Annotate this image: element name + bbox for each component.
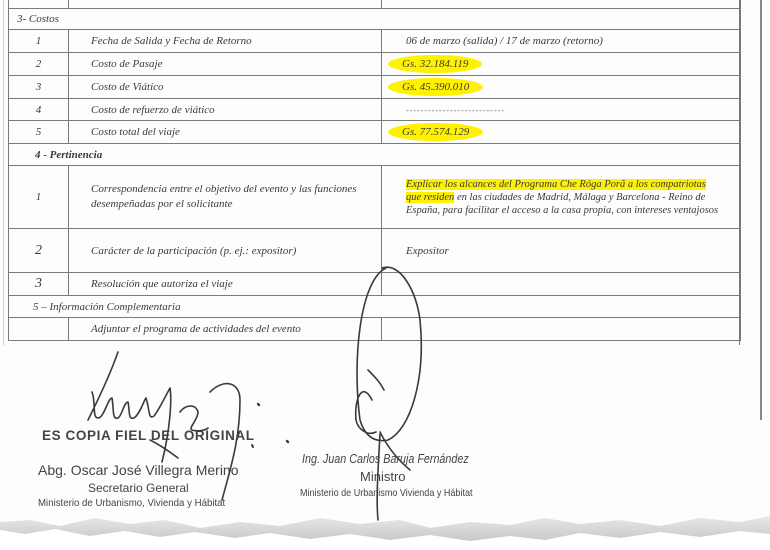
- row-value: [382, 273, 741, 296]
- table-row: 1 Correspondencia entre el objetivo del …: [9, 166, 741, 229]
- document-page: 3- Costos 1 Fecha de Salida y Fecha de R…: [0, 0, 770, 550]
- section-title: 5 – Información Complementaria: [9, 296, 741, 318]
- row-value: Expositor: [382, 229, 741, 273]
- highlighted-value: Gs. 45.390.010: [388, 78, 483, 96]
- row-label: Correspondencia entre el objetivo del ev…: [69, 166, 382, 229]
- row-number: 5: [9, 121, 69, 144]
- table-row: 2 Costo de Pasaje Gs. 32.184.119: [9, 53, 741, 76]
- row-value-cell: Gs. 45.390.010: [382, 76, 741, 99]
- row-label: Carácter de la participación (p. ej.: ex…: [69, 229, 382, 273]
- row-number: 1: [9, 30, 69, 53]
- row-number: 3: [9, 273, 69, 296]
- row-number: 1: [9, 166, 69, 229]
- table-row: 3 Resolución que autoriza el viaje: [9, 273, 741, 296]
- row-value-cell: Gs. 77.574.129: [382, 121, 741, 144]
- table-row: 1 Fecha de Salida y Fecha de Retorno 06 …: [9, 30, 741, 53]
- row-number: 2: [9, 53, 69, 76]
- page-edge-right: [760, 0, 762, 420]
- row-label: Costo de refuerzo de viático: [69, 99, 382, 121]
- row-value-cell: Gs. 32.184.119: [382, 53, 741, 76]
- section-header-pertinencia: 4 - Pertinencia: [9, 144, 741, 166]
- section-header-informacion: 5 – Información Complementaria: [9, 296, 741, 318]
- row-number: 2: [9, 229, 69, 273]
- table-row: Adjuntar el programa de actividades del …: [9, 318, 741, 341]
- row-label: Costo de Viático: [69, 76, 382, 99]
- table-row: 3 Costo de Viático Gs. 45.390.010: [9, 76, 741, 99]
- page-edge-left: [3, 0, 4, 345]
- row-label: Adjuntar el programa de actividades del …: [69, 318, 382, 341]
- torn-paper-edge: [0, 500, 770, 550]
- row-number: 3: [9, 76, 69, 99]
- row-label: Fecha de Salida y Fecha de Retorno: [69, 30, 382, 53]
- signatory-right-name: Ing. Juan Carlos Baruja Fernández: [302, 452, 469, 466]
- table-row: 2 Carácter de la participación (p. ej.: …: [9, 229, 741, 273]
- table-row: 5 Costo total del viaje Gs. 77.574.129: [9, 121, 741, 144]
- row-label: Costo de Pasaje: [69, 53, 382, 76]
- section-header-costos: 3- Costos: [9, 9, 741, 30]
- row-value-cell: ---------------------------: [382, 99, 741, 121]
- signatory-left-name: Abg. Oscar José Villegra Merino: [38, 462, 239, 478]
- section-title: 3- Costos: [9, 9, 741, 30]
- signatory-left-title: Secretario General: [88, 481, 189, 495]
- highlighted-value: Gs. 32.184.119: [388, 55, 482, 73]
- certified-copy-stamp: ES COPIA FIEL DEL ORIGINAL: [42, 428, 255, 443]
- table-row: 4 Costo de refuerzo de viático ---------…: [9, 99, 741, 121]
- table-row-partial: [9, 0, 741, 9]
- row-value-cell: Explicar los alcances del Programa Che R…: [382, 166, 741, 229]
- highlighted-value: Gs. 77.574.129: [388, 123, 483, 141]
- row-value: [382, 318, 741, 341]
- section-title: 4 - Pertinencia: [9, 144, 741, 166]
- travel-request-table: 3- Costos 1 Fecha de Salida y Fecha de R…: [8, 0, 741, 341]
- row-label: Costo total del viaje: [69, 121, 382, 144]
- row-number: [9, 318, 69, 341]
- row-value: 06 de marzo (salida) / 17 de marzo (reto…: [382, 30, 741, 53]
- signatory-right-title: Ministro: [360, 469, 406, 484]
- row-label: Resolución que autoriza el viaje: [69, 273, 382, 296]
- empty-value-dashes: ---------------------------: [406, 106, 505, 115]
- row-number: 4: [9, 99, 69, 121]
- signatory-right-org: Ministerio de Urbanismo Vivienda y Hábit…: [300, 487, 472, 499]
